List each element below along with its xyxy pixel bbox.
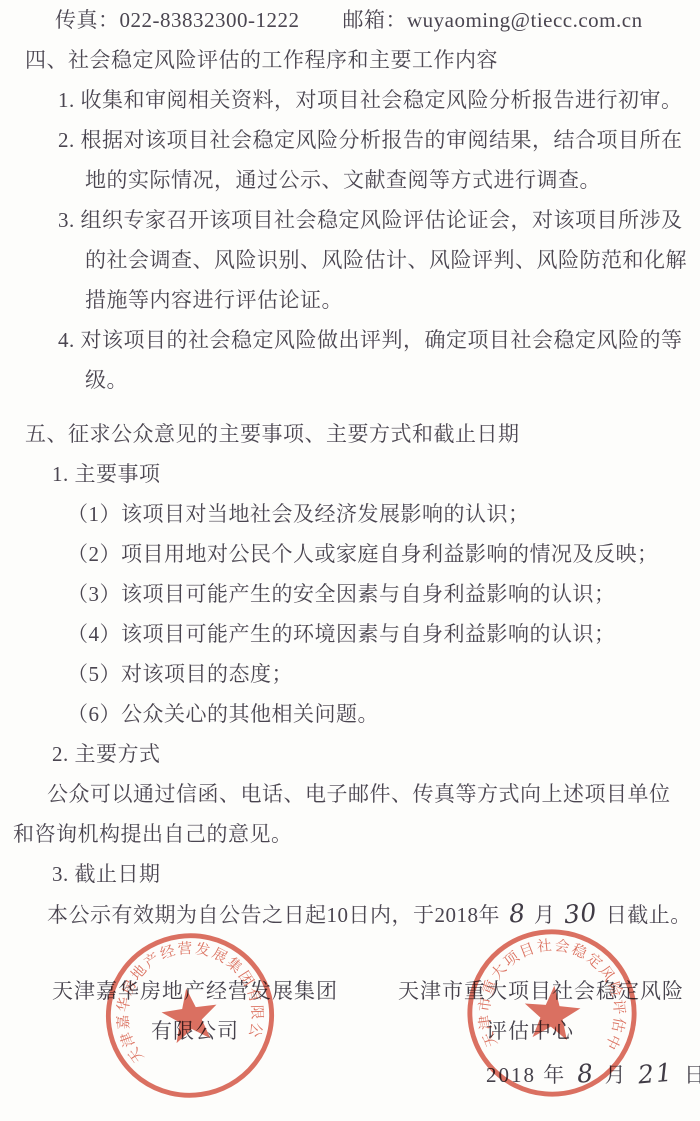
printed-text: 日截止。 — [600, 903, 692, 927]
doc-line: （3）该项目可能产生的安全因素与自身利益影响的认识； — [0, 574, 700, 614]
doc-line: 4. 对该项目的社会稳定风险做出评判，确定项目社会稳定风险的等 — [0, 320, 700, 360]
star-icon — [159, 985, 221, 1045]
document-lines: 传真：022-83832300-1222 邮箱：wuyaoming@tiecc.… — [0, 0, 700, 934]
doc-line: 的社会调查、风险识别、风险估计、风险评判、风险防范和化解 — [0, 240, 700, 280]
doc-line: 3. 截止日期 — [0, 854, 700, 894]
doc-line: 传真：022-83832300-1222 邮箱：wuyaoming@tiecc.… — [0, 0, 700, 40]
doc-line: 级。 — [0, 360, 700, 400]
doc-line: 四、社会稳定风险评估的工作程序和主要工作内容 — [0, 40, 700, 80]
seal-text: 天津市重大项目社会稳定风险评估中心 — [457, 918, 637, 1062]
printed-text: 本公示有效期为自公告之日起10日内，于2018年 — [47, 903, 506, 927]
doc-line: 1. 主要事项 — [0, 454, 700, 494]
doc-line: 地的实际情况，通过公示、文献查阅等方式进行调查。 — [0, 160, 700, 200]
assessment-center-seal-stamp: 天津市重大项目社会稳定风险评估中心 — [457, 918, 648, 1109]
printed-text: 日 — [677, 1063, 700, 1087]
doc-line: 措施等内容进行评估论证。 — [0, 280, 700, 320]
doc-line: 公众可以通过信函、电话、电子邮件、传真等方式向上述项目单位 — [0, 774, 700, 814]
company-seal-stamp: 天津嘉华房地产经营发展集团有限公司 — [90, 916, 291, 1114]
doc-line: 和咨询机构提出自己的意见。 — [0, 814, 700, 854]
doc-line: （1）该项目对当地社会及经济发展影响的认识； — [0, 494, 700, 534]
doc-line: 3. 组织专家召开该项目社会稳定风险评估论证会，对该项目所涉及 — [0, 200, 700, 240]
doc-line: （2）项目用地对公民个人或家庭自身利益影响的情况及反映； — [0, 534, 700, 574]
doc-line: 五、征求公众意见的主要事项、主要方式和截止日期 — [0, 414, 700, 454]
doc-line: （4）该项目可能产生的环境因素与自身利益影响的认识； — [0, 614, 700, 654]
star-icon — [522, 983, 582, 1041]
handwritten-number: 21 — [636, 1053, 675, 1096]
doc-line: （6）公众关心的其他相关问题。 — [0, 694, 700, 734]
doc-line: （5）对该项目的态度； — [0, 654, 700, 694]
doc-line: 1. 收集和审阅相关资料，对项目社会稳定风险分析报告进行初审。 — [0, 80, 700, 120]
doc-line: 2. 主要方式 — [0, 734, 700, 774]
document-page: 传真：022-83832300-1222 邮箱：wuyaoming@tiecc.… — [0, 0, 700, 1121]
doc-line: 2. 根据对该项目社会稳定风险分析报告的审阅结果，结合项目所在 — [0, 120, 700, 160]
